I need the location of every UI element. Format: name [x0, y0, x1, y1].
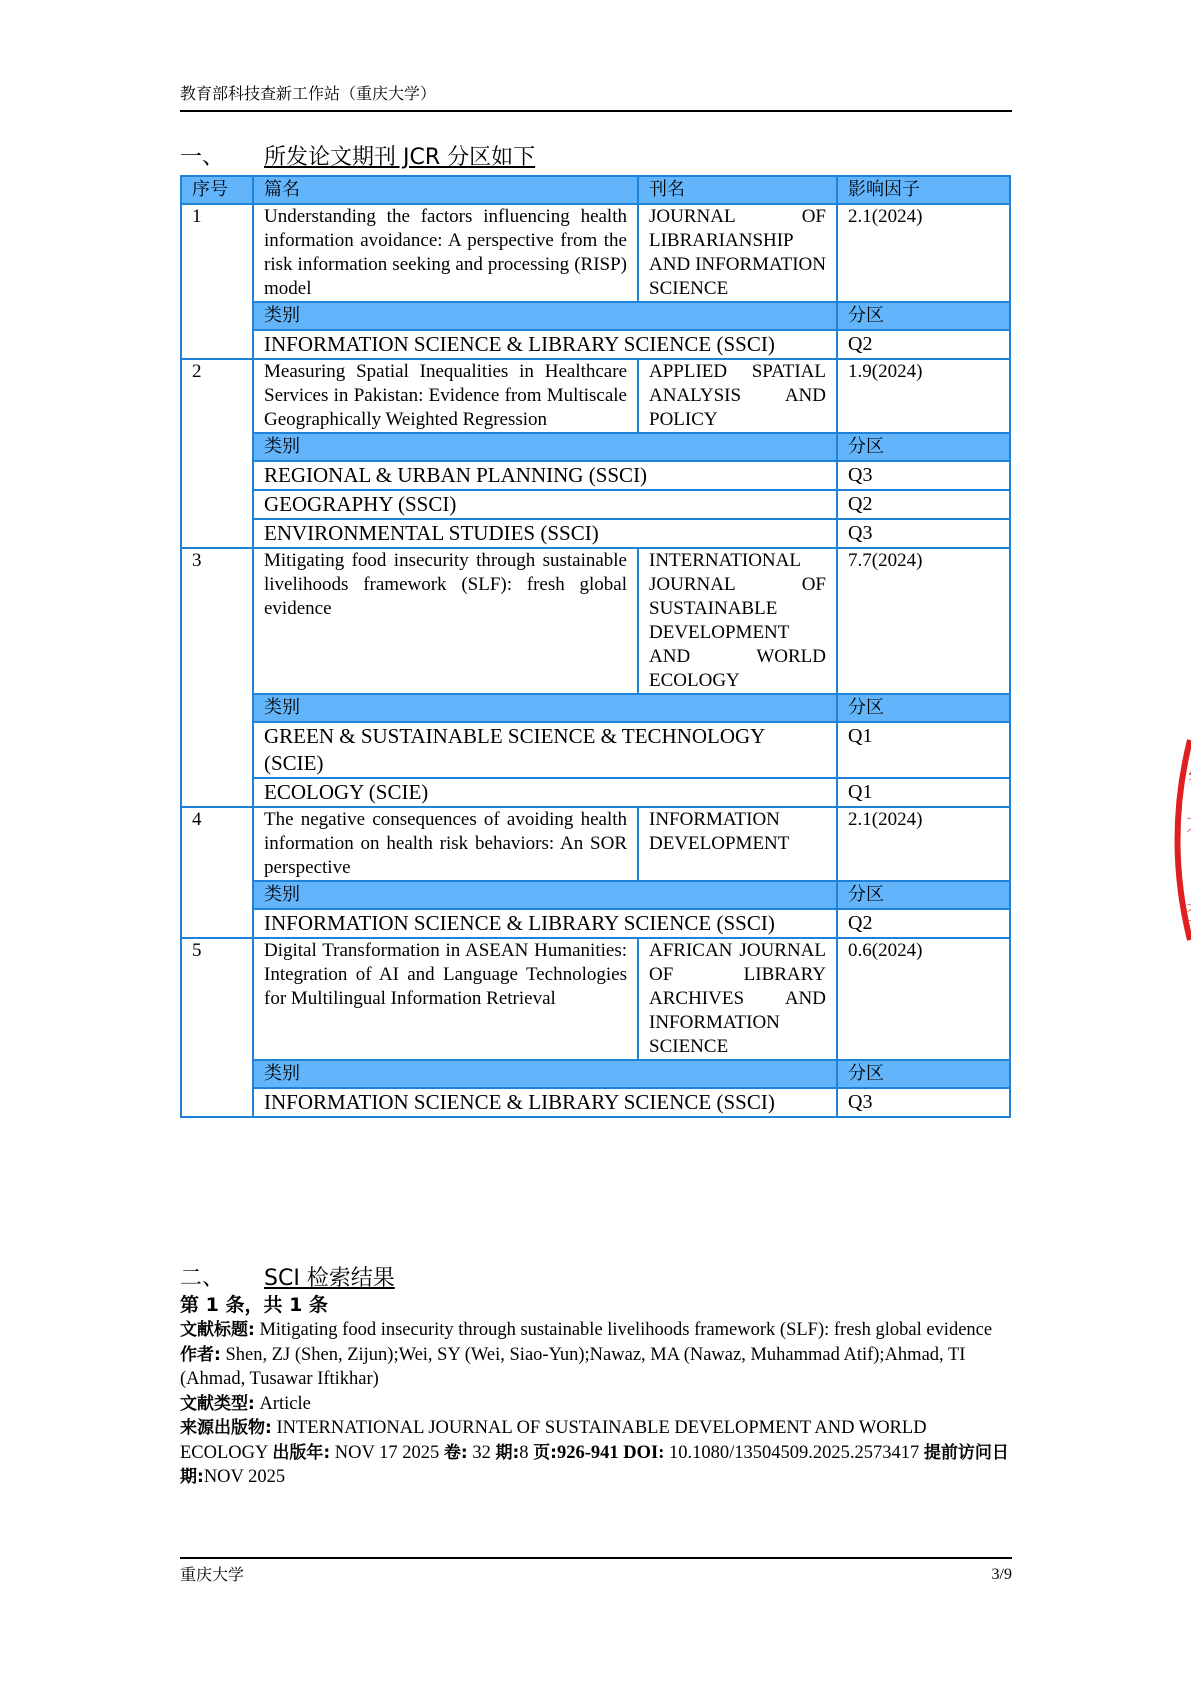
category-name: ECOLOGY (SCIE)	[253, 778, 837, 807]
journal-name: APPLIED SPATIAL ANALYSIS AND POLICY	[638, 359, 837, 433]
quartile: Q2	[837, 490, 1010, 519]
paper-title: The negative consequences of avoiding he…	[253, 807, 638, 881]
journal-name: INTERNATIONAL JOURNAL OF SUSTAINABLE DEV…	[638, 548, 837, 694]
category-header-row: 类别分区	[181, 302, 1010, 330]
quartile-header: 分区	[837, 881, 1010, 909]
category-row: GEOGRAPHY (SSCI)Q2	[181, 490, 1010, 519]
svg-text:大: 大	[1186, 811, 1191, 836]
paper-title: Digital Transformation in ASEAN Humaniti…	[253, 938, 638, 1060]
section-2-title: 二、SCI 检索结果	[180, 1266, 1012, 1292]
table-row: 5Digital Transformation in ASEAN Humanit…	[181, 938, 1010, 1060]
category-row: ENVIRONMENTAL STUDIES (SSCI)Q3	[181, 519, 1010, 548]
category-name: GREEN & SUSTAINABLE SCIENCE & TECHNOLOGY…	[253, 722, 837, 778]
header-text: 教育部科技查新工作站（重庆大学）	[180, 84, 436, 103]
quartile: Q1	[837, 778, 1010, 807]
quartile: Q3	[837, 1088, 1010, 1117]
impact-factor: 2.1(2024)	[837, 807, 1010, 881]
impact-factor: 7.7(2024)	[837, 548, 1010, 694]
section-heading: 所发论文期刊 JCR 分区如下	[264, 145, 535, 170]
page-footer: 重庆大学 3/9	[180, 1557, 1012, 1588]
category-row: ECOLOGY (SCIE)Q1	[181, 778, 1010, 807]
table-row: 3Mitigating food insecurity through sust…	[181, 548, 1010, 694]
category-header-row: 类别分区	[181, 694, 1010, 722]
impact-factor: 1.9(2024)	[837, 359, 1010, 433]
section-heading: SCI 检索结果	[264, 1266, 395, 1291]
journal-name: INFORMATION DEVELOPMENT	[638, 807, 837, 881]
category-row: REGIONAL & URBAN PLANNING (SSCI)Q3	[181, 461, 1010, 490]
journal-name: AFRICAN JOURNAL OF LIBRARY ARCHIVES AND …	[638, 938, 837, 1060]
quartile: Q2	[837, 330, 1010, 359]
category-header-row: 类别分区	[181, 881, 1010, 909]
category-header: 类别	[253, 433, 837, 461]
category-header: 类别	[253, 881, 837, 909]
record-count: 第 1 条，共 1 条	[180, 1292, 1012, 1318]
page-header: 教育部科技查新工作站（重庆大学）	[180, 84, 1012, 112]
paper-title: Measuring Spatial Inequalities in Health…	[253, 359, 638, 433]
row-index: 1	[181, 204, 253, 359]
category-header-row: 类别分区	[181, 433, 1010, 461]
quartile: Q1	[837, 722, 1010, 778]
quartile-header: 分区	[837, 1060, 1010, 1088]
row-index: 5	[181, 938, 253, 1117]
paper-title: Mitigating food insecurity through susta…	[253, 548, 638, 694]
footer-org: 重庆大学	[180, 1565, 244, 1584]
category-name: INFORMATION SCIENCE & LIBRARY SCIENCE (S…	[253, 1088, 837, 1117]
category-row: INFORMATION SCIENCE & LIBRARY SCIENCE (S…	[181, 1088, 1010, 1117]
quartile-header: 分区	[837, 302, 1010, 330]
category-header: 类别	[253, 302, 837, 330]
row-index: 3	[181, 548, 253, 807]
table-header-row: 序号篇名刊名影响因子	[181, 176, 1010, 204]
category-name: INFORMATION SCIENCE & LIBRARY SCIENCE (S…	[253, 330, 837, 359]
category-row: GREEN & SUSTAINABLE SCIENCE & TECHNOLOGY…	[181, 722, 1010, 778]
quartile: Q3	[837, 519, 1010, 548]
jcr-table: 序号篇名刊名影响因子1Understanding the factors inf…	[180, 175, 1011, 1118]
record-title: 文献标题: Mitigating food insecurity through…	[180, 1318, 1012, 1343]
section-1-title: 一、所发论文期刊 JCR 分区如下	[180, 145, 535, 171]
table-row: 4The negative consequences of avoiding h…	[181, 807, 1010, 881]
section-number: 二、	[180, 1266, 264, 1292]
red-seal-stamp-icon: 学 大 · 查	[1160, 730, 1191, 950]
category-header-row: 类别分区	[181, 1060, 1010, 1088]
quartile: Q3	[837, 461, 1010, 490]
table-row: 2Measuring Spatial Inequalities in Healt…	[181, 359, 1010, 433]
category-header: 类别	[253, 694, 837, 722]
column-header: 篇名	[253, 176, 638, 204]
column-header: 序号	[181, 176, 253, 204]
category-name: REGIONAL & URBAN PLANNING (SSCI)	[253, 461, 837, 490]
table-row: 1Understanding the factors influencing h…	[181, 204, 1010, 302]
record-doc-type: 文献类型: Article	[180, 1392, 1012, 1417]
page-number: 3/9	[992, 1563, 1012, 1587]
column-header: 影响因子	[837, 176, 1010, 204]
row-index: 4	[181, 807, 253, 938]
svg-text:查: 查	[1186, 901, 1191, 926]
journal-name: JOURNAL OF LIBRARIANSHIP AND INFORMATION…	[638, 204, 837, 302]
impact-factor: 2.1(2024)	[837, 204, 1010, 302]
doi: 10.1080/13504509.2025.2573417	[669, 1443, 919, 1463]
record-source: 来源出版物: INTERNATIONAL JOURNAL OF SUSTAINA…	[180, 1416, 1012, 1490]
category-name: ENVIRONMENTAL STUDIES (SSCI)	[253, 519, 837, 548]
quartile-header: 分区	[837, 433, 1010, 461]
column-header: 刊名	[638, 176, 837, 204]
record-authors: 作者: Shen, ZJ (Shen, Zijun);Wei, SY (Wei,…	[180, 1343, 1012, 1392]
category-name: GEOGRAPHY (SSCI)	[253, 490, 837, 519]
paper-title: Understanding the factors influencing he…	[253, 204, 638, 302]
category-row: INFORMATION SCIENCE & LIBRARY SCIENCE (S…	[181, 909, 1010, 938]
quartile-header: 分区	[837, 694, 1010, 722]
category-header: 类别	[253, 1060, 837, 1088]
category-row: INFORMATION SCIENCE & LIBRARY SCIENCE (S…	[181, 330, 1010, 359]
section-number: 一、	[180, 145, 264, 171]
impact-factor: 0.6(2024)	[837, 938, 1010, 1060]
quartile: Q2	[837, 909, 1010, 938]
row-index: 2	[181, 359, 253, 548]
category-name: INFORMATION SCIENCE & LIBRARY SCIENCE (S…	[253, 909, 837, 938]
sci-results: 二、SCI 检索结果 第 1 条，共 1 条 文献标题: Mitigating …	[180, 1266, 1012, 1490]
